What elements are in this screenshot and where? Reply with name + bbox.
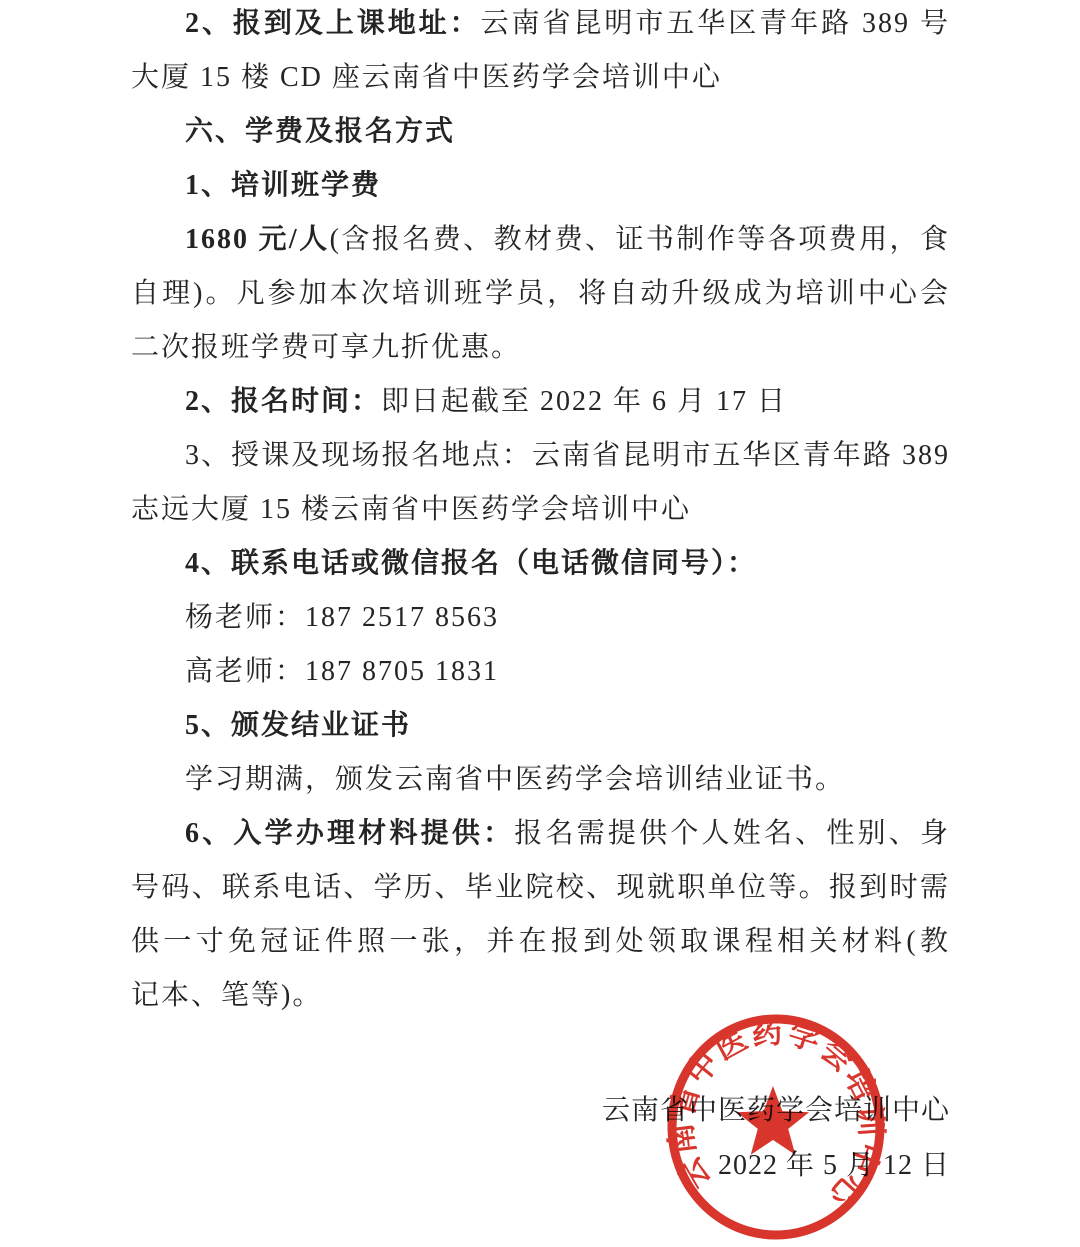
text-segment: 学习期满，颁发云南省中医药学会培训结业证书。 [185, 764, 845, 795]
signature-line: 云南省中医药学会培训中心 [131, 1091, 950, 1131]
doc-line-17: 号码、联系电话、学历、毕业院校、现就职单位等。报到时需提 [131, 861, 950, 915]
doc-line-2: 大厦 15 楼 CD 座云南省中医药学会培训中心 [131, 51, 950, 105]
doc-line-4: 1、培训班学费 [131, 159, 950, 213]
doc-line-3: 六、学费及报名方式 [131, 105, 950, 159]
bold-text-segment: 5、颁发结业证书 [185, 710, 411, 741]
text-segment: 即日起截至 2022 年 6 月 17 日 [381, 386, 787, 417]
bold-text-segment: 1680 元/人 [185, 224, 330, 255]
text-segment: 杨老师：187 2517 8563 [185, 602, 499, 633]
doc-line-13: 高老师：187 8705 1831 [131, 645, 950, 699]
bold-text-segment: 六、学费及报名方式 [185, 116, 455, 147]
doc-line-15: 学习期满，颁发云南省中医药学会培训结业证书。 [131, 753, 950, 807]
text-segment: 记本、笔等)。 [131, 980, 322, 1011]
bold-text-segment: 6、入学办理材料提供： [185, 818, 514, 849]
text-segment: 号码、联系电话、学历、毕业院校、现就职单位等。报到时需提 [131, 872, 950, 915]
text-segment: 志远大厦 15 楼云南省中医药学会培训中心 [131, 494, 691, 525]
doc-line-1: 2、报到及上课地址：云南省昆明市五华区青年路 389 号志远 [131, 0, 950, 51]
document-page: 2、报到及上课地址：云南省昆明市五华区青年路 389 号志远大厦 15 楼 CD… [0, 0, 1080, 1247]
document-body: 2、报到及上课地址：云南省昆明市五华区青年路 389 号志远大厦 15 楼 CD… [131, 0, 950, 1023]
doc-line-16: 6、入学办理材料提供：报名需提供个人姓名、性别、身份证 [131, 807, 950, 861]
date-line: 2022 年 5 月 12 日 [131, 1146, 950, 1186]
doc-line-5: 1680 元/人(含报名费、教材费、证书制作等各项费用，食宿 [131, 213, 950, 267]
doc-line-10: 志远大厦 15 楼云南省中医药学会培训中心 [131, 483, 950, 537]
doc-line-9: 3、授课及现场报名地点：云南省昆明市五华区青年路 389 号 [131, 429, 950, 483]
text-segment: 供一寸免冠证件照一张，并在报到处领取课程相关材料(教材、笔 [131, 926, 950, 969]
bold-text-segment: 1、培训班学费 [185, 170, 381, 201]
text-segment: 高老师：187 8705 1831 [185, 656, 499, 687]
doc-line-19: 记本、笔等)。 [131, 969, 950, 1023]
text-segment: 自理)。凡参加本次培训班学员，将自动升级成为培训中心会员， [131, 278, 950, 321]
text-segment: 大厦 15 楼 CD 座云南省中医药学会培训中心 [131, 62, 722, 93]
doc-line-8: 2、报名时间：即日起截至 2022 年 6 月 17 日 [131, 375, 950, 429]
doc-line-12: 杨老师：187 2517 8563 [131, 591, 950, 645]
doc-line-11: 4、联系电话或微信报名（电话微信同号）： [131, 537, 950, 591]
bold-text-segment: 2、报到及上课地址： [185, 8, 481, 39]
text-segment: 3、授课及现场报名地点：云南省昆明市五华区青年路 389 号 [131, 440, 950, 483]
doc-line-6: 自理)。凡参加本次培训班学员，将自动升级成为培训中心会员， [131, 267, 950, 321]
doc-line-18: 供一寸免冠证件照一张，并在报到处领取课程相关材料(教材、笔 [131, 915, 950, 969]
text-segment: 二次报班学费可享九折优惠。 [131, 332, 521, 363]
doc-line-7: 二次报班学费可享九折优惠。 [131, 321, 950, 375]
bold-text-segment: 2、报名时间： [185, 386, 381, 417]
doc-line-14: 5、颁发结业证书 [131, 699, 950, 753]
bold-text-segment: 4、联系电话或微信报名（电话微信同号）： [185, 548, 757, 579]
